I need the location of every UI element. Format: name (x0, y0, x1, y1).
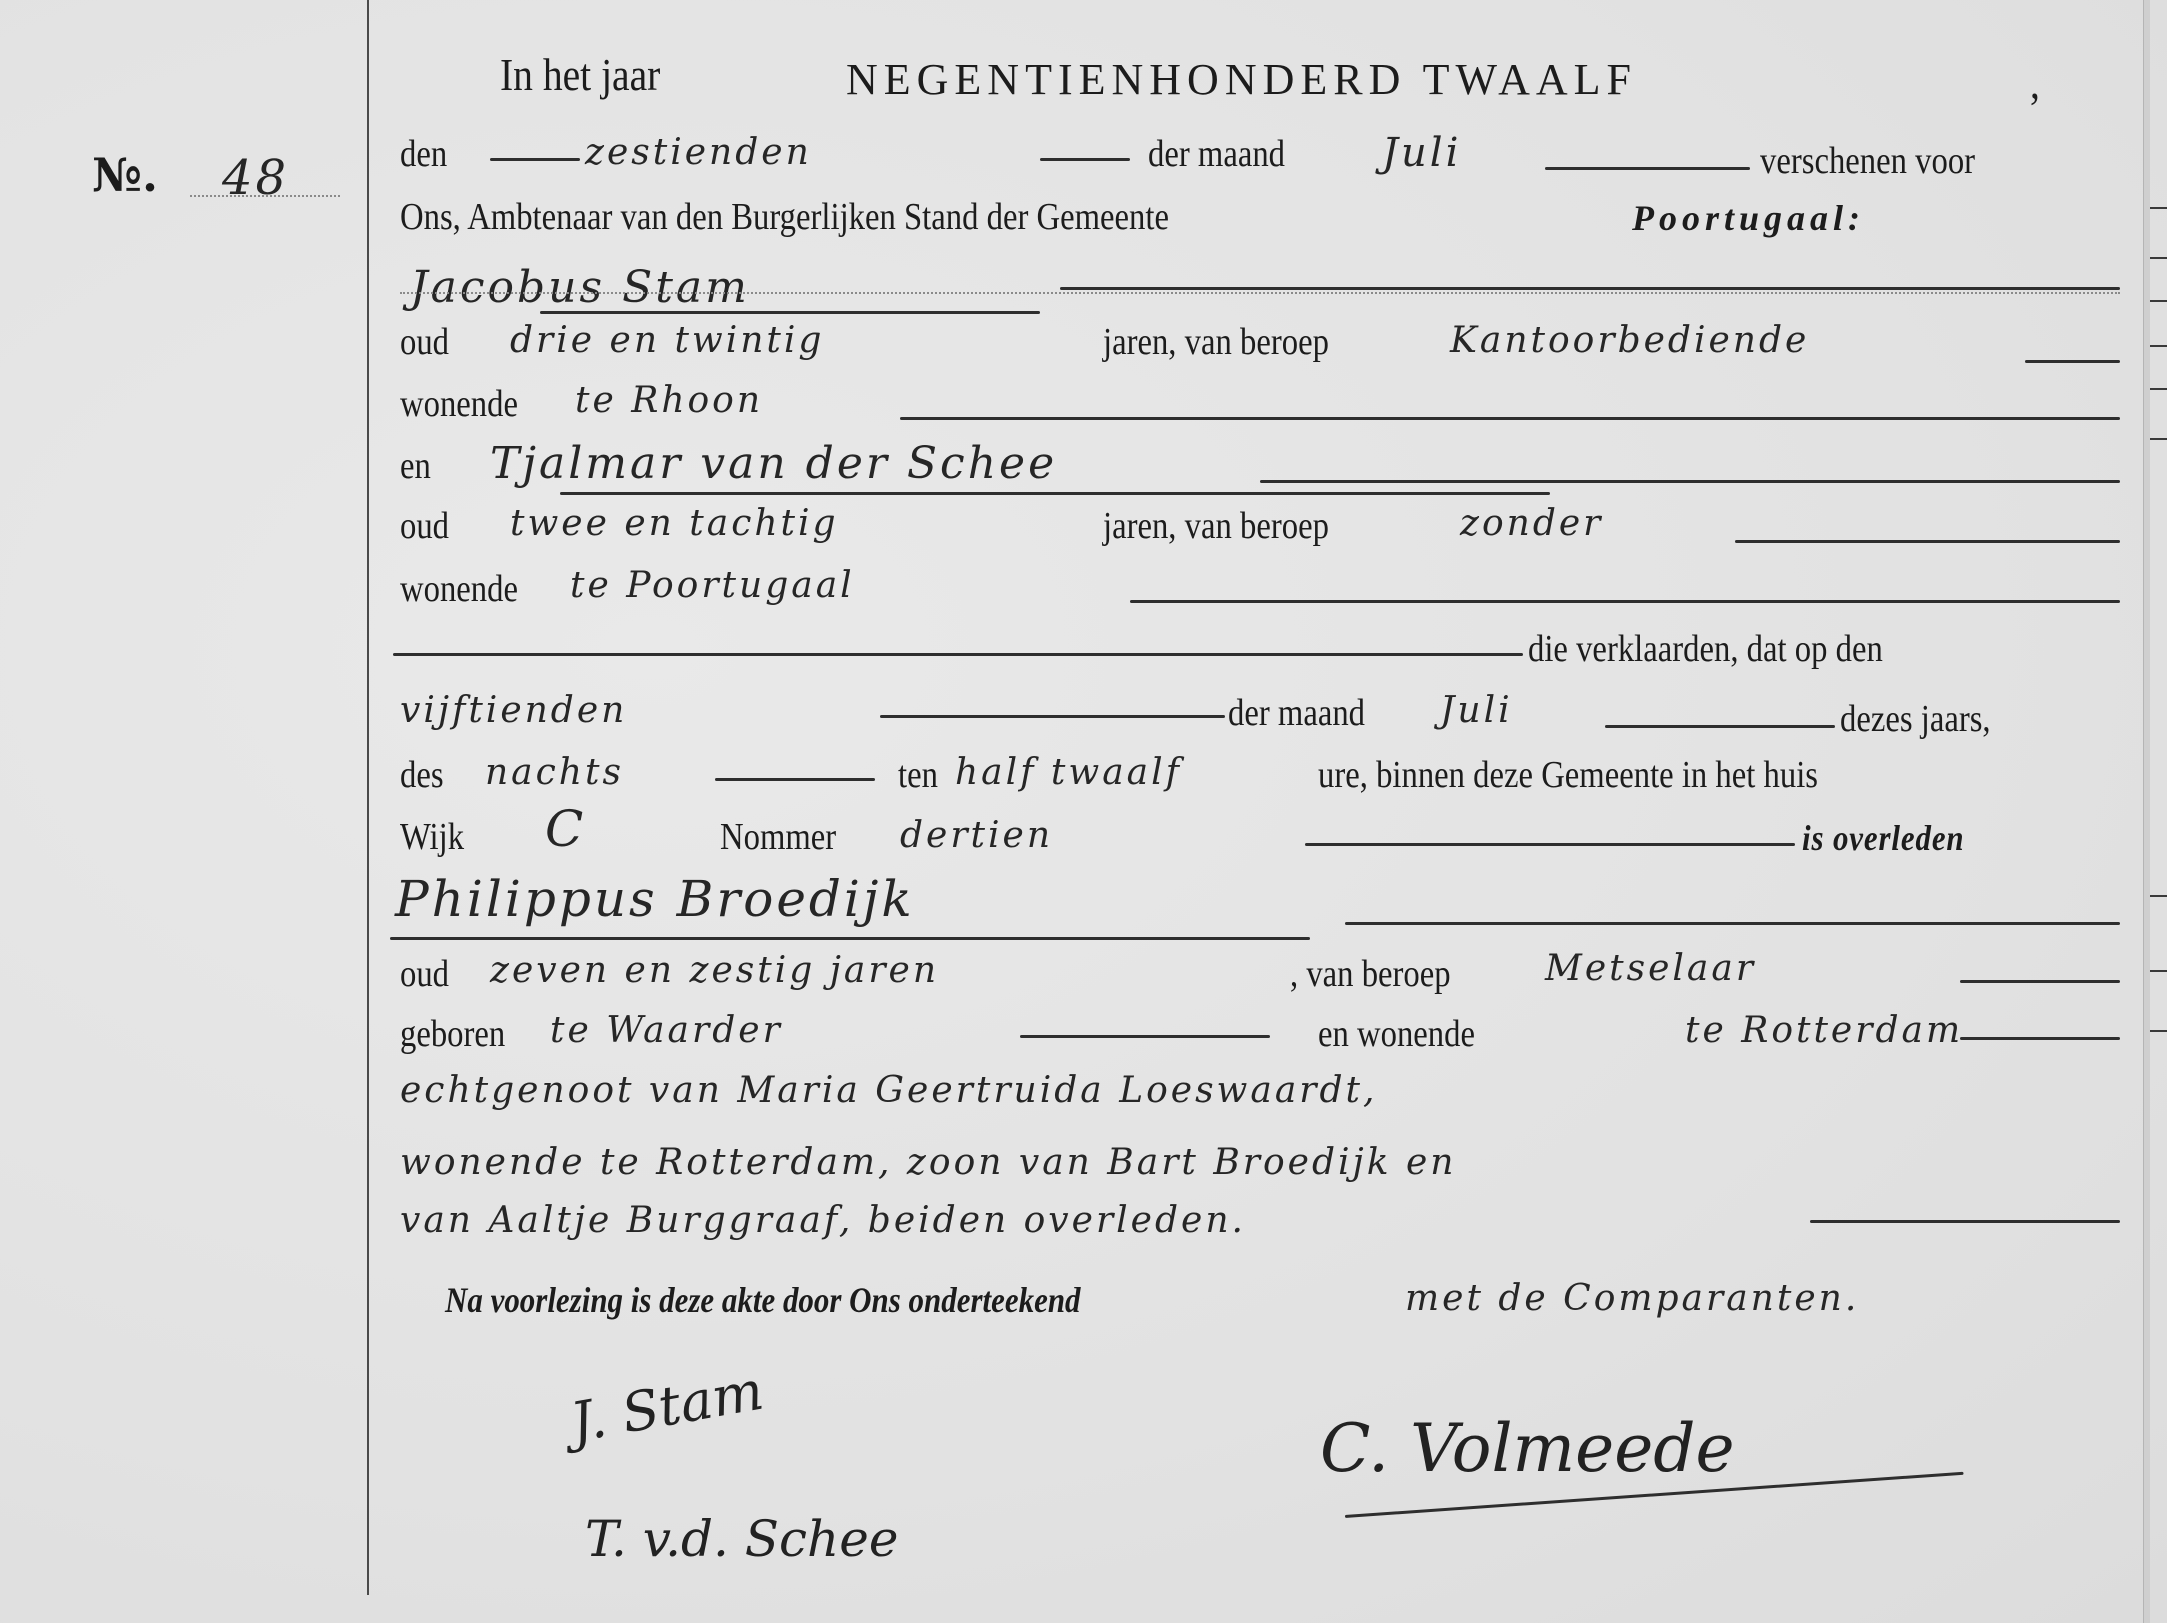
heading-year: NEGENTIENHONDERD TWAALF (846, 58, 1637, 102)
hw-death-day: vijftienden (400, 690, 627, 731)
label-is-overleden: is overleden (1802, 820, 1965, 856)
fill-line (1020, 1035, 1270, 1038)
page-edge (2143, 0, 2150, 1623)
closing-statement: Na voorlezing is deze akte door Ons onde… (445, 1282, 1081, 1318)
label-den: den (400, 135, 447, 173)
signature-official: C. Volmeede (1320, 1410, 1735, 1487)
fill-line (715, 778, 875, 781)
edge-tick (2150, 388, 2167, 390)
label-geboren: geboren (400, 1015, 505, 1053)
label-nommer: Nommer (720, 818, 836, 856)
hw-wijk: C (545, 800, 586, 858)
hw-day: zestienden (585, 132, 812, 173)
fill-line (900, 417, 2120, 420)
label-dezes-jaars: dezes jaars, (1840, 700, 1991, 738)
label-jaren-beroep: jaren, van beroep (1103, 323, 1329, 361)
hw-hour: half twaalf (955, 752, 1182, 793)
label-wijk: Wijk (400, 818, 464, 856)
hw-birthplace: te Waarder (550, 1010, 783, 1051)
fill-line (1130, 600, 2120, 603)
hw-age2: twee en tachtig (510, 503, 839, 544)
record-number-value: 48 (222, 150, 289, 206)
label-ten: ten (898, 756, 938, 794)
heading-prefix: In het jaar (500, 52, 660, 98)
label-der-maand: der maand (1148, 135, 1285, 173)
fill-line (1060, 287, 2120, 290)
label-des: des (400, 756, 444, 794)
fill-line (390, 937, 1310, 940)
dotted-rule (190, 195, 340, 197)
edge-tick (2150, 345, 2167, 347)
label-wonende: wonende (400, 385, 518, 423)
fill-line (1040, 158, 1130, 161)
fill-line (1545, 167, 1750, 170)
edge-tick (2150, 438, 2167, 440)
label-en: en (400, 447, 431, 485)
heading-comma: , (2030, 60, 2040, 106)
hw-deceased-name: Philippus Broedijk (395, 870, 915, 928)
signature-declarant1: J. Stam (566, 1359, 768, 1455)
hw-house-number: dertien (900, 815, 1053, 856)
fill-line (1305, 843, 1795, 846)
label-jaren-beroep: jaren, van beroep (1103, 507, 1329, 545)
hw-age1: drie en twintig (510, 320, 824, 361)
fill-line (393, 653, 1523, 656)
hw-deceased-age: zeven en zestig jaren (490, 950, 939, 991)
hw-deceased-residence: te Rotterdam (1685, 1010, 1963, 1051)
label-wonende: wonende (400, 570, 518, 608)
margin-rule (367, 0, 369, 1595)
label-van-beroep: , van beroep (1290, 955, 1451, 993)
edge-tick (2150, 257, 2167, 259)
hw-residence1: te Rhoon (575, 380, 763, 421)
label-ure-huis: ure, binnen deze Gemeente in het huis (1318, 756, 1818, 794)
dotted-rule (400, 292, 2120, 294)
hw-closing: met de Comparanten. (1405, 1278, 1859, 1319)
hw-death-month: Juli (1440, 690, 1513, 731)
fill-line (880, 715, 1225, 718)
label-en-wonende: en wonende (1318, 1015, 1475, 1053)
hw-parents: wonende te Rotterdam, zoon van Bart Broe… (400, 1142, 1456, 1183)
label-ambtenaar: Ons, Ambtenaar van den Burgerlijken Stan… (400, 198, 1169, 236)
fill-line (1345, 922, 2120, 925)
fill-line (1810, 1220, 2120, 1223)
hw-occupation2: zonder (1460, 503, 1603, 544)
signature-declarant2: T. v.d. Schee (585, 1510, 898, 1568)
hw-spouse: echtgenoot van Maria Geertruida Loeswaar… (400, 1070, 1377, 1111)
fill-line (540, 311, 1040, 314)
edge-tick (2150, 300, 2167, 302)
municipality: Poortugaal: (1632, 200, 1865, 236)
hw-deceased-occupation: Metselaar (1545, 948, 1756, 989)
hw-month: Juli (1382, 130, 1461, 176)
hw-declarant2-name: Tjalmar van der Schee (490, 438, 1057, 489)
label-oud: oud (400, 507, 449, 545)
hw-parents-cont: van Aaltje Burggraaf, beiden overleden. (400, 1200, 1246, 1241)
label-verschenen-voor: verschenen voor (1760, 142, 1975, 180)
fill-line (1605, 725, 1835, 728)
label-oud: oud (400, 955, 449, 993)
hw-occupation1: Kantoorbediende (1450, 320, 1809, 361)
fill-line (1735, 540, 2120, 543)
fill-line (490, 158, 580, 161)
label-verklaarden: die verklaarden, dat op den (1528, 630, 1883, 668)
label-der-maand: der maand (1228, 694, 1365, 732)
document-page: №. 48 In het jaar NEGENTIENHONDERD TWAAL… (0, 0, 2167, 1623)
hw-residence2: te Poortugaal (570, 565, 855, 606)
edge-tick (2150, 970, 2167, 972)
edge-tick (2150, 895, 2167, 897)
fill-line (560, 492, 1550, 495)
edge-tick (2150, 207, 2167, 209)
label-oud: oud (400, 323, 449, 361)
fill-line (1260, 480, 2120, 483)
record-number-label: №. (92, 148, 158, 202)
fill-line (1960, 980, 2120, 983)
fill-line (1960, 1037, 2120, 1040)
hw-declarant1-name: Jacobus Stam (410, 262, 750, 313)
fill-line (2025, 360, 2120, 363)
hw-time-of-day: nachts (485, 752, 624, 793)
edge-tick (2150, 1030, 2167, 1032)
